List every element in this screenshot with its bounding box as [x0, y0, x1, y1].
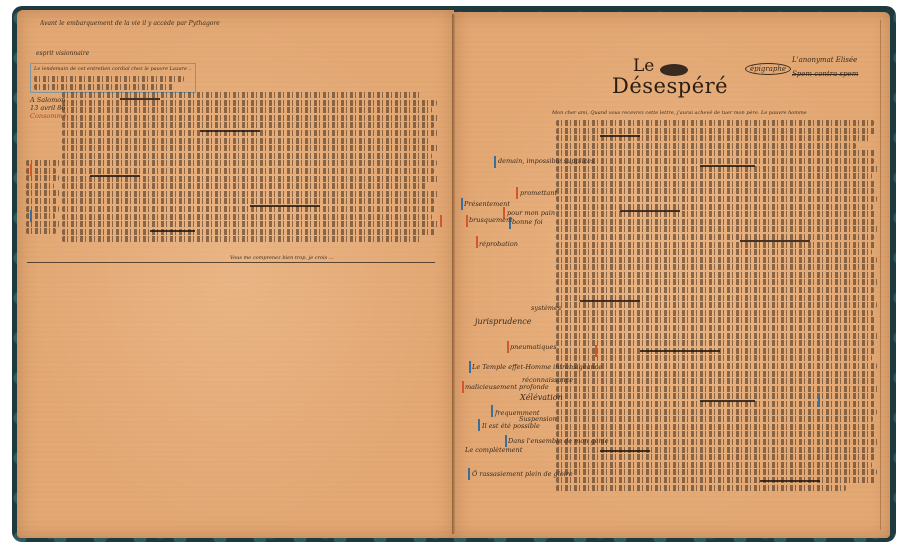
- left-top-note: Avant le embarquement de la vie il y acc…: [40, 20, 240, 27]
- boxed-annotation: Le lendemain de cet entretien cordial ch…: [30, 63, 196, 93]
- margin-note-13: réconnaissance: [522, 376, 573, 384]
- margin-note-20: Ô rassasiement plein de gloire: [472, 470, 573, 478]
- left-heading-note: esprit visionnaire: [36, 50, 89, 57]
- left-text-block: [62, 92, 442, 244]
- margin-note-3: pour mon pain: [507, 209, 555, 217]
- left-bottom-line: Vous me comprenez bien trop, je crois ..…: [230, 255, 334, 261]
- margin-note-19: Dans l'ensemble de mon génie: [508, 437, 609, 445]
- margin-note-5: Présentement: [464, 200, 510, 208]
- margin-note-2: promettant: [520, 189, 557, 197]
- left-margin-note-3: Consommé: [30, 112, 67, 120]
- margin-note-8: systèmes: [531, 304, 561, 312]
- margin-note-11: Le Temple effet-Homme intransigeance: [472, 363, 602, 371]
- left-margin-note-2: 13 avril 86: [30, 104, 66, 112]
- book-gutter: [452, 14, 455, 534]
- margin-note-12: malicieusement profonde: [465, 383, 549, 391]
- left-margin-note-1: A Salomon: [30, 96, 65, 104]
- margin-note-1: demain, impossible supplices: [498, 157, 595, 165]
- top-right-note: L'anonymat Elisée: [792, 56, 857, 64]
- margin-note-6: brusquement: [469, 216, 513, 224]
- margin-note-9: jurisprudence: [475, 317, 531, 326]
- margin-note-10: pneumatiques: [510, 343, 557, 351]
- title-prefix: Le: [633, 56, 654, 76]
- manuscript-title: Désespéré: [612, 74, 728, 98]
- margin-note-14: Xélévation: [520, 393, 563, 402]
- opening-line: Mon cher ami, Quand vous recevrez cette …: [552, 110, 872, 116]
- margin-note-18: Le complètement: [465, 446, 522, 454]
- margin-note-7: réprobation: [479, 240, 518, 248]
- boxed-note-text: Le lendemain de cet entretien cordial ch…: [34, 66, 192, 72]
- top-right-note-struck: Spem contra spem: [792, 70, 858, 78]
- margin-note-17: Il est été possible: [482, 422, 540, 430]
- margin-note-4: bonne foi: [512, 218, 543, 226]
- page-edge: [880, 20, 887, 530]
- epigraph-label: épigraphe: [745, 63, 791, 75]
- left-page-rule: [27, 262, 435, 263]
